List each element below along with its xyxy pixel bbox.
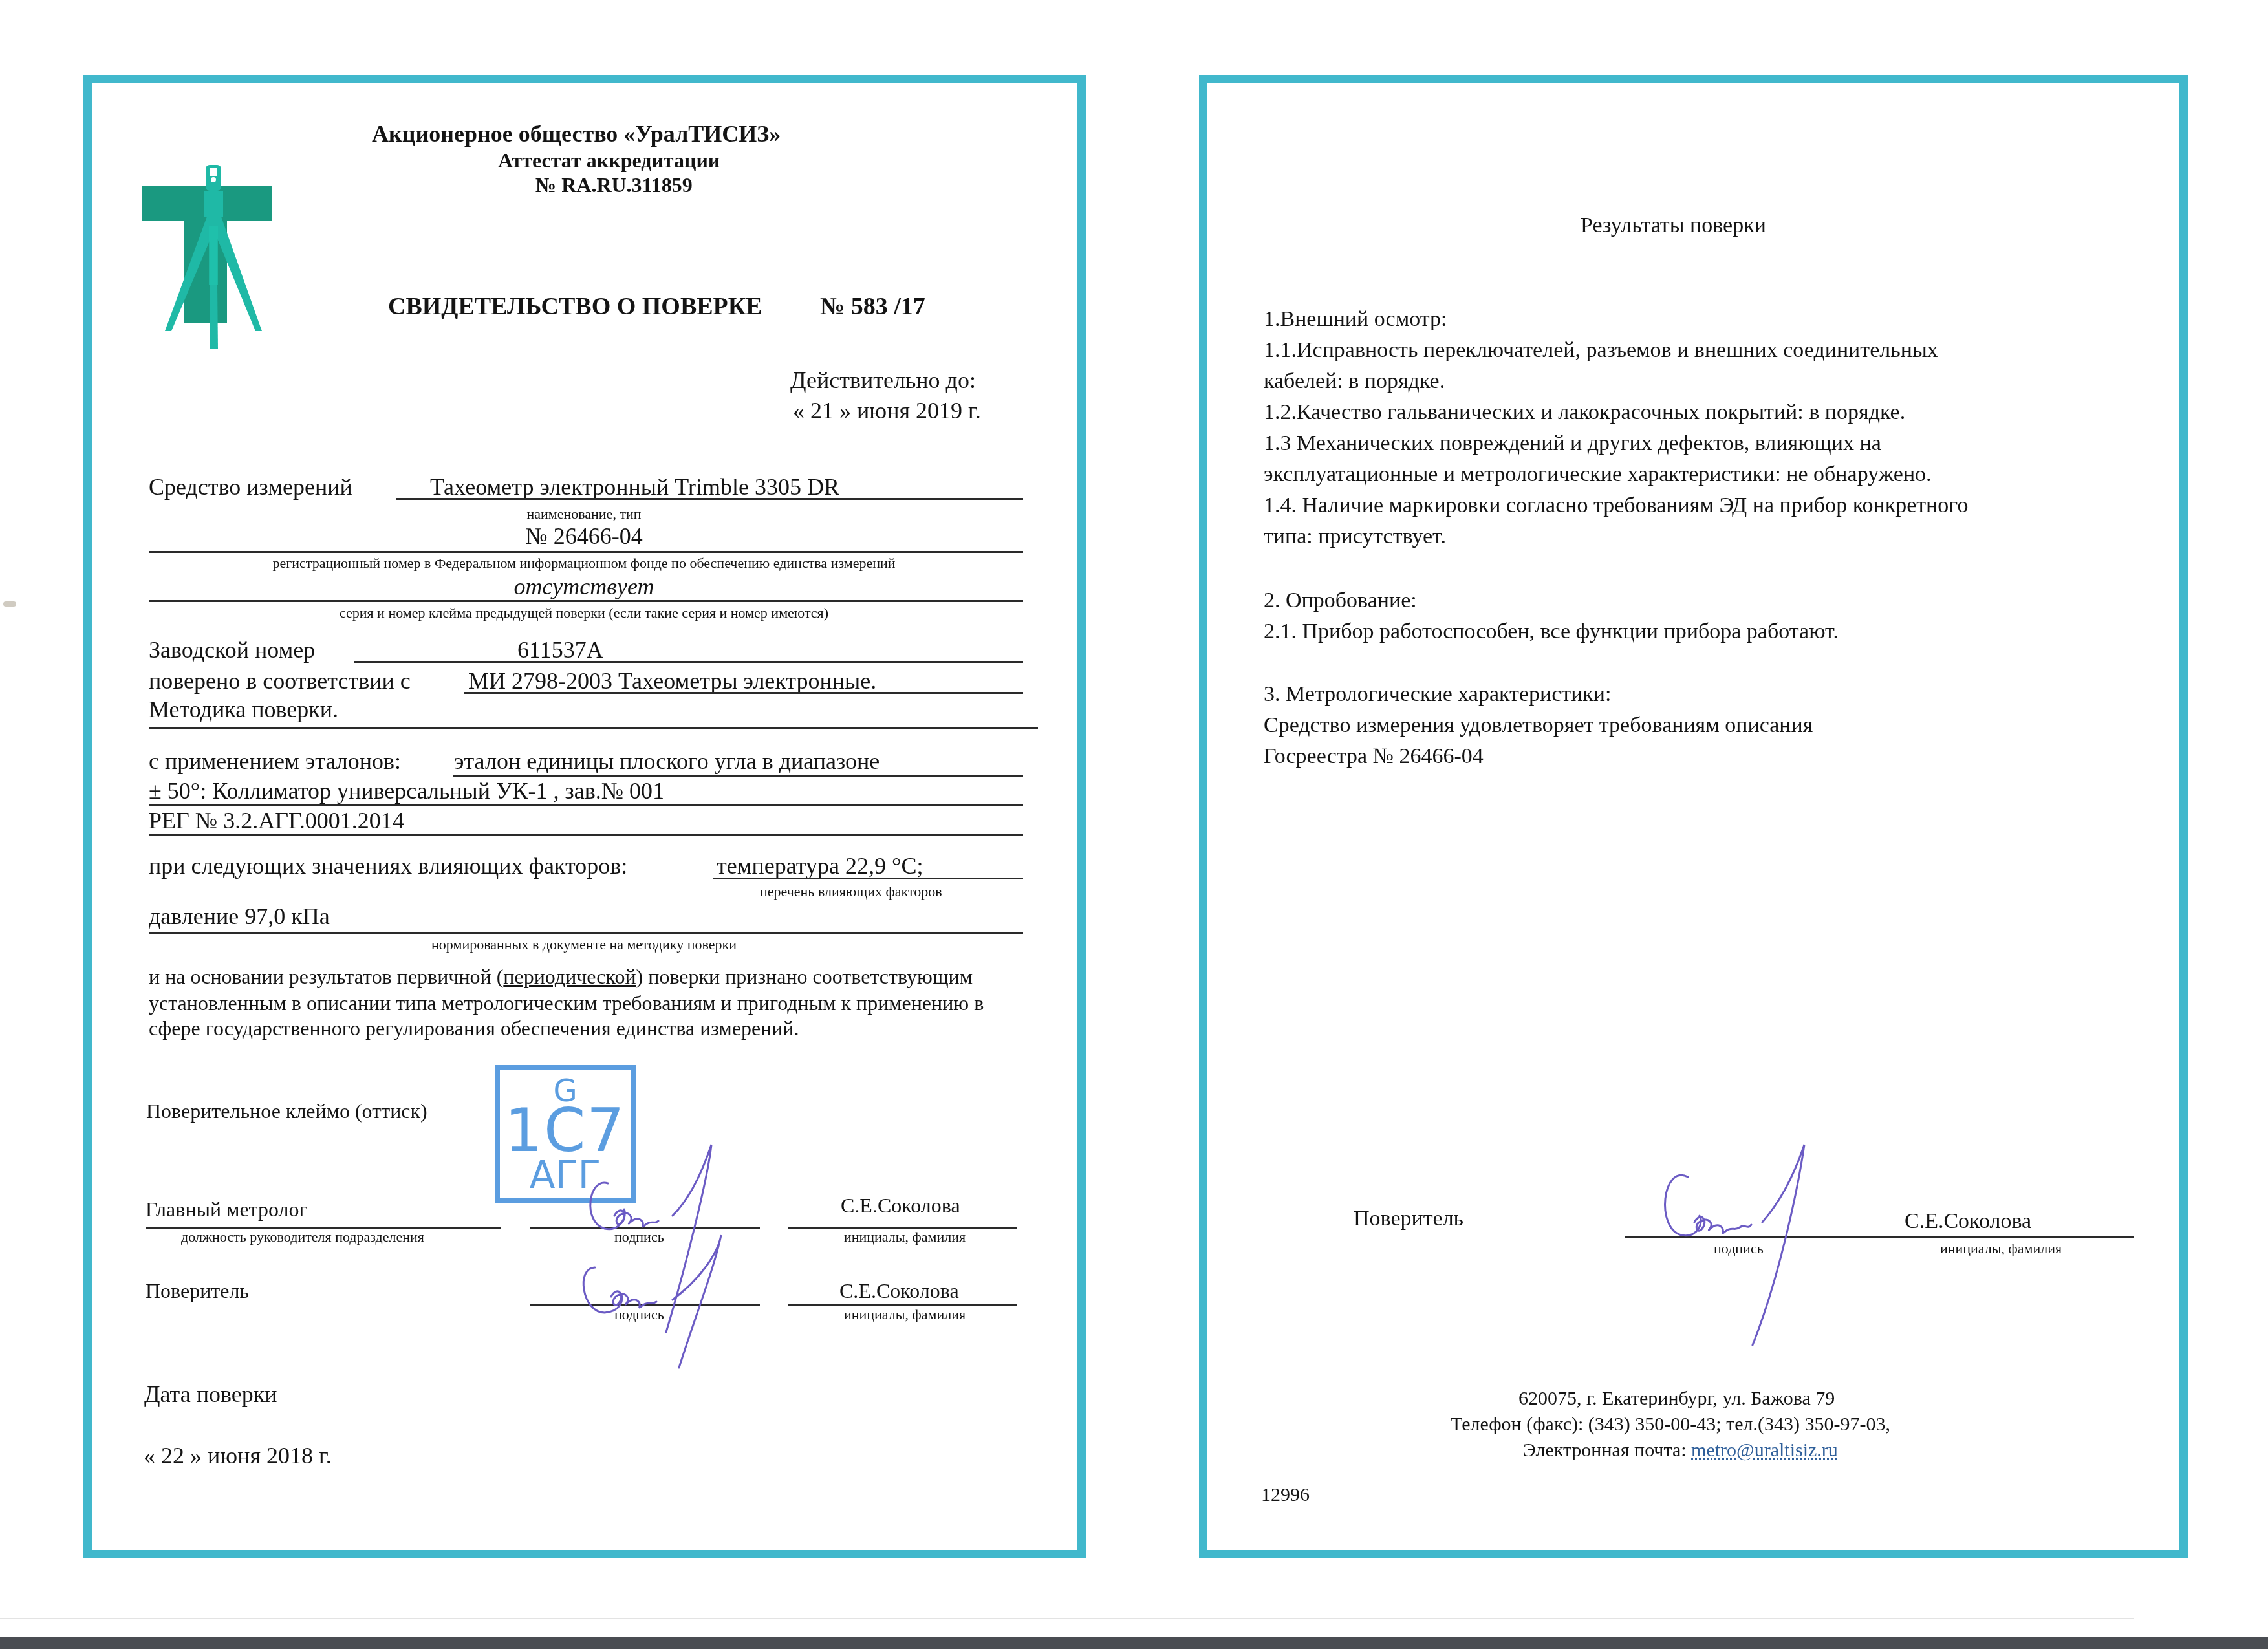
chief-name: С.Е.Соколова: [841, 1194, 960, 1218]
results-section-metrology: 3. Метрологические характеристики:Средст…: [1264, 679, 1813, 772]
stamp-label: Поверительное клеймо (оттиск): [146, 1099, 427, 1123]
phones: Телефон (факс): (343) 350-00-43; тел.(34…: [1451, 1414, 1890, 1436]
results-line: 3. Метрологические характеристики:: [1264, 679, 1813, 710]
factors-rule-1: [713, 878, 1023, 879]
registry-number: № 26466-04: [0, 523, 1168, 550]
accreditation-label: Аттестат аккредитации: [498, 149, 720, 173]
conclusion-line2: установленным в описании типа метрологич…: [149, 991, 984, 1015]
scanner-bed-strip: [0, 1637, 2268, 1649]
registry-caption: регистрационный номер в Федеральном инфо…: [0, 555, 1168, 572]
previous-mark-value: отсутствует: [0, 573, 1168, 600]
results-line: Средство измерения удовлетворяет требова…: [1264, 710, 1813, 741]
registry-rule: [149, 551, 1023, 553]
email-line: Электронная почта: metro@uraltisiz.ru: [1523, 1439, 1838, 1461]
results-verifier-label: Поверитель: [1354, 1207, 1463, 1231]
conclusion-periodic: периодической: [503, 965, 636, 988]
results-line: 2.1. Прибор работоспособен, все функции …: [1264, 616, 1839, 647]
results-line: 2. Опробование:: [1264, 585, 1839, 616]
org-name: Акционерное общество «УралТИСИЗ»: [372, 120, 781, 147]
signature-icon: [569, 1138, 789, 1371]
verified-per-label: поверено в соответствии с: [149, 667, 411, 695]
date-label: Дата поверки: [144, 1381, 277, 1408]
previous-mark-caption: серия и номер клейма предыдущей поверки …: [0, 605, 1168, 621]
instrument-caption: наименование, тип: [0, 506, 1168, 523]
factors-caption-2: нормированных в документе на методику по…: [0, 936, 1168, 953]
results-name-rule: [1882, 1236, 2134, 1238]
results-line: эксплуатационные и метрологические харак…: [1264, 459, 1968, 490]
factors-rule-2: [149, 932, 1023, 934]
certificate-number: № 583 /17: [820, 292, 925, 321]
serial-value: 611537А: [517, 636, 603, 663]
standards-label: с применением эталонов:: [149, 748, 401, 775]
results-line: типа: присутствует.: [1264, 521, 1968, 552]
accreditation-number: № RA.RU.311859: [535, 173, 693, 197]
standards-rule-3: [149, 834, 1023, 836]
valid-until-date: « 21 » июня 2019 г.: [793, 397, 981, 424]
email-link[interactable]: metro@uraltisiz.ru: [1691, 1439, 1838, 1461]
paper-edge: [0, 1618, 2134, 1619]
standards-value-line1: эталон единицы плоского угла в диапазоне: [454, 748, 880, 775]
previous-mark-rule: [149, 600, 1023, 602]
results-line: кабелей: в порядке.: [1264, 366, 1968, 397]
verified-per-value-line2: Методика поверки.: [149, 696, 338, 723]
instrument-label: Средство измерений: [149, 473, 352, 501]
chief-caption: должность руководителя подразделения: [181, 1229, 424, 1245]
conclusion-line1: и на основании результатов первичной (пе…: [149, 965, 973, 989]
certificate-title: СВИДЕТЕЛЬСТВО О ПОВЕРКЕ: [388, 292, 762, 321]
method-rule: [149, 727, 1038, 729]
results-title: Результаты поверки: [1581, 213, 1766, 238]
valid-until-label: Действительно до:: [790, 367, 976, 394]
email-label: Электронная почта:: [1523, 1439, 1691, 1461]
results-line: 1.Внешний осмотр:: [1264, 304, 1968, 335]
verifier-name-caption: инициалы, фамилия: [844, 1306, 966, 1323]
results-line: 1.2.Качество гальванических и лакокрасоч…: [1264, 397, 1968, 428]
serial-rule: [354, 661, 1023, 663]
standards-rule-1: [453, 775, 1023, 777]
address: 620075, г. Екатеринбург, ул. Бажова 79: [1518, 1388, 1835, 1410]
chief-label: Главный метролог: [146, 1198, 308, 1222]
verified-per-value: МИ 2798-2003 Тахеометры электронные.: [468, 667, 876, 695]
results-line: 1.1.Исправность переключателей, разъемов…: [1264, 335, 1968, 366]
conclusion-part-c: ) поверки признано соответствующим: [636, 965, 973, 988]
serial-label: Заводской номер: [149, 636, 315, 663]
results-line: Госреестра № 26466-04: [1264, 741, 1813, 772]
verifier-name: С.Е.Соколова: [839, 1279, 959, 1303]
factors-value-line1: температура 22,9 °С;: [717, 852, 923, 879]
factors-caption: перечень влияющих факторов: [760, 883, 942, 900]
verified-per-rule: [464, 692, 1023, 694]
standards-rule-2: [149, 804, 1023, 806]
factors-value-line2: давление 97,0 кПа: [149, 903, 330, 930]
document-number: 12996: [1261, 1484, 1310, 1506]
verifier-label: Поверитель: [146, 1279, 249, 1303]
results-name-caption: инициалы, фамилия: [1940, 1240, 2062, 1257]
chief-name-caption: инициалы, фамилия: [844, 1229, 966, 1245]
date-value: « 22 » июня 2018 г.: [144, 1442, 332, 1469]
results-line: 1.4. Наличие маркировки согласно требова…: [1264, 490, 1968, 521]
conclusion-line3: сфере государственного регулирования обе…: [149, 1017, 799, 1040]
conclusion-part-a: и на основании результатов первичной (: [149, 965, 503, 988]
standards-value-line2: ± 50°: Коллиматор универсальный УК-1 , з…: [149, 777, 664, 804]
results-section-external: 1.Внешний осмотр:1.1.Исправность переклю…: [1264, 304, 1968, 552]
standards-value-line3: РЕГ № 3.2.АГГ.0001.2014: [149, 807, 404, 834]
results-section-testing: 2. Опробование:2.1. Прибор работоспособе…: [1264, 585, 1839, 647]
instrument-rule: [396, 498, 1023, 500]
factors-label: при следующих значениях влияющих факторо…: [149, 852, 627, 879]
results-line: 1.3 Механических повреждений и других де…: [1264, 428, 1968, 459]
results-verifier-name: С.Е.Соколова: [1905, 1209, 2031, 1234]
instrument-value: Тахеометр электронный Trimble 3305 DR: [430, 473, 839, 501]
signature-icon: [1649, 1138, 1908, 1352]
